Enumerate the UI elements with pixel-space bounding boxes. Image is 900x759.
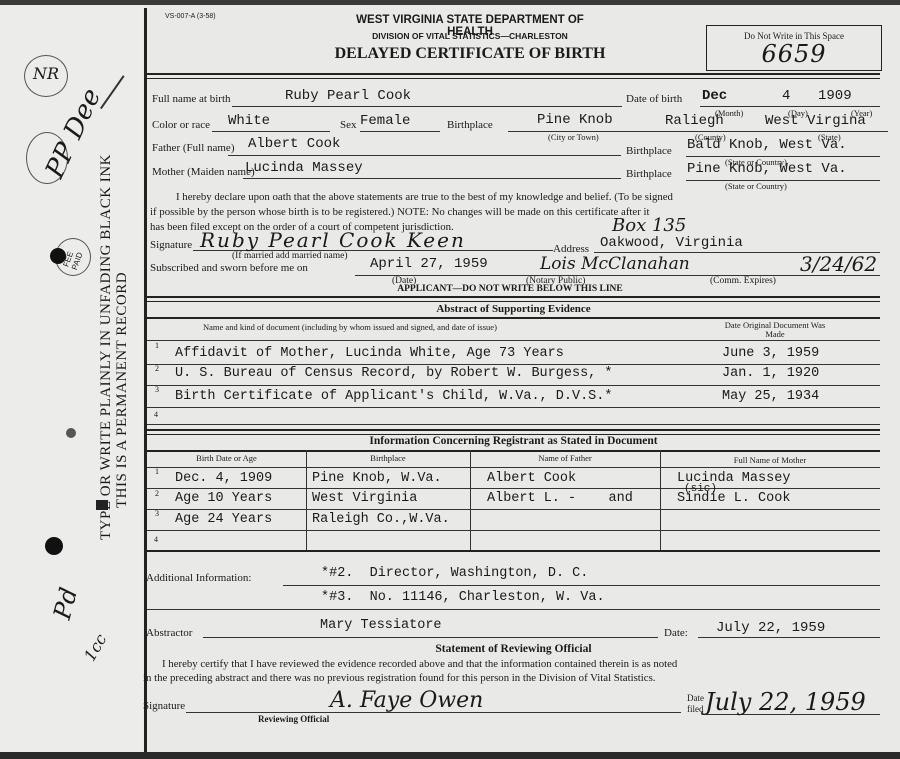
applicant-divider <box>147 296 880 302</box>
reviewer-signature[interactable]: A. Faye Owen <box>330 688 483 713</box>
info-row-num: 2 <box>155 489 159 498</box>
info-row-father[interactable]: Albert Cook <box>487 471 576 486</box>
sworn-date[interactable]: April 27, 1959 <box>370 256 488 272</box>
abstract-row-document[interactable]: Affidavit of Mother, Lucinda White, Age … <box>175 346 564 361</box>
sworn-label: Subscribed and sworn before me on <box>150 262 308 274</box>
abstract-title-rule <box>147 317 880 319</box>
additional-info-line-1[interactable]: *#2. Director, Washington, D. C. <box>321 566 588 581</box>
abstract-row-date[interactable]: June 3, 1959 <box>722 346 819 361</box>
full-name-label: Full name at birth <box>152 93 231 105</box>
info-row-rule <box>147 509 880 510</box>
info-row-num: 4 <box>154 535 158 544</box>
info-row-father[interactable]: Albert L. - and <box>487 491 633 506</box>
applicant-signature[interactable]: Ruby Pearl Cook Keen <box>200 228 466 252</box>
header-divider <box>147 73 880 79</box>
abstract-date-line <box>698 637 880 638</box>
printer-logo-icon <box>66 428 76 438</box>
additional-info-label: Additional Information: <box>146 572 251 584</box>
info-title-rule <box>147 450 880 452</box>
box-number-note: Box 135 <box>612 215 686 236</box>
info-row-rule <box>147 488 880 489</box>
sex-value[interactable]: Female <box>360 113 410 129</box>
mother-state-caption: (State or Country) <box>725 181 787 191</box>
info-row-mother[interactable]: Sindie L. Cook <box>677 491 790 506</box>
info-row-num: 3 <box>155 509 159 518</box>
abstractor-value[interactable]: Mary Tessiatore <box>320 618 442 633</box>
punch-hole-bottom <box>45 537 63 555</box>
applicant-warning: APPLICANT—DO NOT WRITE BELOW THIS LINE <box>340 284 680 294</box>
birthplace-state[interactable]: West Virgina <box>765 113 866 129</box>
notary-signature[interactable]: Lois McClanahan <box>540 254 690 274</box>
married-name-caption: (If married add married name) <box>232 251 348 261</box>
full-name-value[interactable]: Ruby Pearl Cook <box>285 88 411 104</box>
review-text-2: in the preceding abstract and there was … <box>143 672 656 684</box>
abstract-date-label: Date: <box>664 627 688 639</box>
date-filed-value[interactable]: July 22, 1959 <box>705 688 866 716</box>
permanent-record-notice: THIS IS A PERMANENT RECORD <box>114 272 131 508</box>
sex-line <box>360 131 440 132</box>
father-label: Father (Full name) <box>152 142 234 154</box>
date-filed-label: Date <box>687 693 704 703</box>
abstract-row-rule <box>147 424 880 425</box>
dob-day[interactable]: 4 <box>782 88 790 104</box>
review-title: Statement of Reviewing Official <box>147 643 880 655</box>
ink-instruction: TYPE OR WRITE PLAINLY IN UNFADING BLACK … <box>98 154 115 540</box>
abstract-row-num: 2 <box>155 364 159 373</box>
abstract-col-date: Date Original Document Was Made <box>715 321 835 339</box>
review-signature-label: Signature <box>143 700 185 712</box>
form-left-border <box>144 8 147 752</box>
abstract-row-num: 4 <box>154 410 158 419</box>
full-name-line <box>232 106 622 107</box>
sex-label: Sex <box>340 119 357 131</box>
abstract-row-rule <box>147 364 880 365</box>
birthplace-label: Birthplace <box>447 119 493 131</box>
abstract-row-rule <box>147 407 880 408</box>
father-birthplace-value[interactable]: Bald Knob, West Va. <box>687 137 847 153</box>
info-header-rule <box>147 467 880 468</box>
info-col-divider <box>306 450 307 550</box>
comm-caption: (Comm. Expires) <box>710 276 776 286</box>
abstract-row-num: 1 <box>155 341 159 350</box>
nr-stamp-text: NR <box>33 64 59 83</box>
mother-birthplace-value[interactable]: Pine Knob, West Va. <box>687 161 847 177</box>
info-col-divider <box>660 450 661 550</box>
certificate-title: DELAYED CERTIFICATE OF BIRTH <box>330 45 610 63</box>
race-line <box>212 131 330 132</box>
mother-label: Mother (Maiden name) <box>152 166 255 178</box>
info-row-place[interactable]: West Virginia <box>312 491 417 506</box>
abstract-row-date[interactable]: May 25, 1934 <box>722 389 819 404</box>
birthplace-county[interactable]: Raliegh <box>665 113 724 129</box>
dob-month[interactable]: Dec <box>702 88 727 104</box>
commission-expires[interactable]: 3/24/62 <box>800 252 877 276</box>
race-label: Color or race <box>152 119 210 131</box>
additional-info-line-2[interactable]: *#3. No. 11146, Charleston, W. Va. <box>321 590 605 605</box>
oath-text-2: if possible by the person whose birth is… <box>150 206 650 218</box>
dob-line <box>700 106 880 107</box>
office-use-box: Do Not Write in This Space 6659 <box>706 25 882 71</box>
abstractor-line <box>203 637 658 638</box>
reviewing-official-caption: Reviewing Official <box>258 714 329 724</box>
dob-year[interactable]: 1909 <box>818 88 852 104</box>
abstract-row-document[interactable]: Birth Certificate of Applicant's Child, … <box>175 389 612 404</box>
city-caption: (City or Town) <box>548 132 599 142</box>
info-row-birth[interactable]: Age 10 Years <box>175 491 272 506</box>
abstract-row-date[interactable]: Jan. 1, 1920 <box>722 366 819 381</box>
info-title: Information Concerning Registrant as Sta… <box>147 435 880 447</box>
abstract-row-rule <box>147 385 880 386</box>
nr-stamp: NR <box>24 55 68 97</box>
address-value[interactable]: Oakwood, Virginia <box>600 235 743 251</box>
abstract-row-num: 3 <box>155 385 159 394</box>
race-value[interactable]: White <box>228 113 270 129</box>
info-col-birth: Birth Date or Age <box>147 453 306 463</box>
father-value[interactable]: Albert Cook <box>248 136 340 152</box>
info-row-birth[interactable]: Dec. 4, 1909 <box>175 471 272 486</box>
division-name: DIVISION OF VITAL STATISTICS—CHARLESTON <box>340 31 600 41</box>
abstractor-label: Abstractor <box>146 627 192 639</box>
additional-line-2 <box>147 609 880 610</box>
father-line <box>228 155 621 156</box>
info-bottom-rule <box>147 550 880 552</box>
scan-bottom-edge <box>0 752 900 759</box>
info-row-rule <box>147 530 880 531</box>
abstract-date-value[interactable]: July 22, 1959 <box>716 620 825 636</box>
review-text-1: I hereby certify that I have reviewed th… <box>162 658 677 670</box>
form-code: VS-007-A (3-58) <box>165 13 216 20</box>
father-birthplace-label: Birthplace <box>626 145 672 157</box>
info-col-divider <box>470 450 471 550</box>
pointing-hand-icon <box>96 500 108 510</box>
mother-birthplace-label: Birthplace <box>626 168 672 180</box>
abstract-header-rule <box>147 340 880 341</box>
info-col-birthplace: Birthplace <box>306 453 470 463</box>
info-row-num: 1 <box>155 467 159 476</box>
abstract-col-document: Name and kind of document (including by … <box>203 322 497 332</box>
signature-label: Signature <box>150 239 192 251</box>
birthplace-city[interactable]: Pine Knob <box>537 112 613 128</box>
oath-text-1: I hereby declare upon oath that the abov… <box>176 191 673 203</box>
info-row-birth[interactable]: Age 24 Years <box>175 512 272 527</box>
dob-label: Date of birth <box>626 93 682 105</box>
mother-line <box>243 178 621 179</box>
punch-hole-top <box>50 248 66 264</box>
abstract-title: Abstract of Supporting Evidence <box>147 303 880 315</box>
info-col-mother: Full Name of Mother <box>660 455 880 465</box>
additional-line-1 <box>283 585 880 586</box>
certificate-number: 6659 <box>707 42 881 66</box>
abstract-row-document[interactable]: U. S. Bureau of Census Record, by Robert… <box>175 366 612 381</box>
info-row-place[interactable]: Raleigh Co.,W.Va. <box>312 512 450 527</box>
filed-label: filed <box>687 704 704 714</box>
info-row-place[interactable]: Pine Knob, W.Va. <box>312 471 442 486</box>
mother-value[interactable]: Lucinda Massey <box>245 160 363 176</box>
info-col-father: Name of Father <box>470 453 660 463</box>
